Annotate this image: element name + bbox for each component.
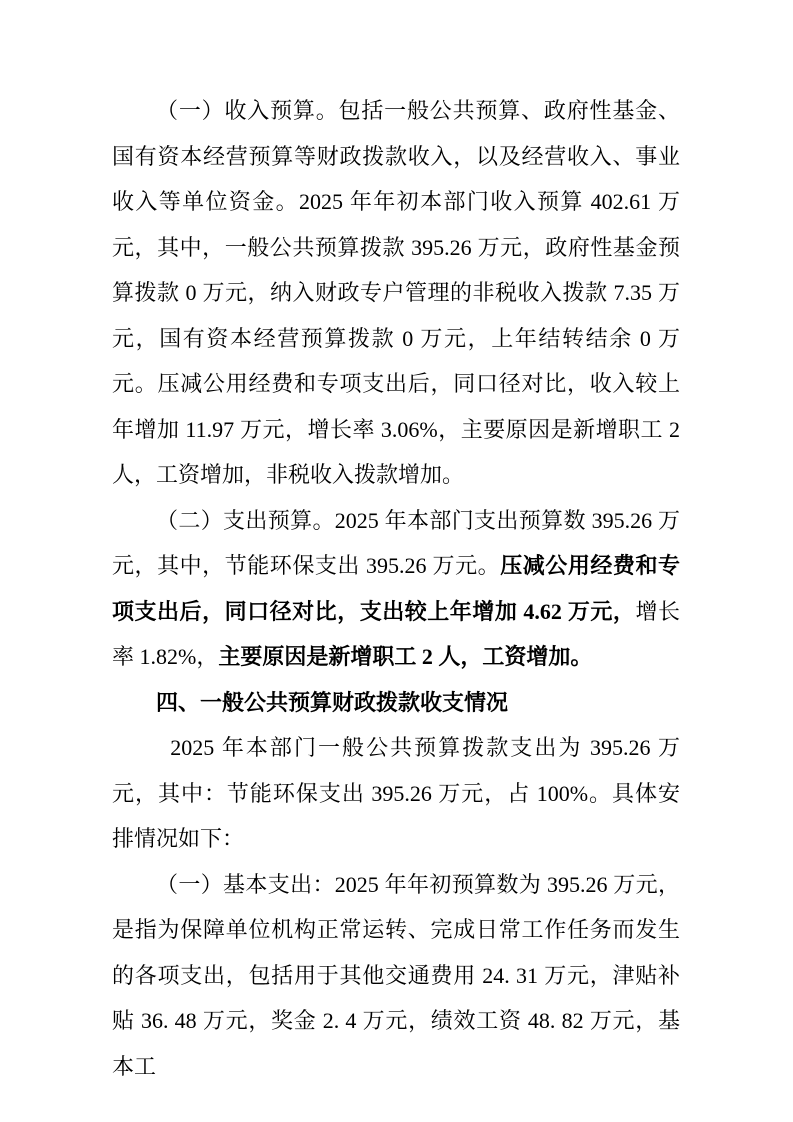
text-run: 2025 年本部门一般公共预算拨款支出为 395.26 万元，其中：节能环保支出…	[112, 735, 680, 851]
section-heading-general-public-budget: 四、一般公共预算财政拨款收支情况	[112, 680, 680, 726]
text-run: （一）收入预算。包括一般公共预算、政府性基金、国有资本经营预算等财政拨款收入，以…	[112, 98, 680, 487]
paragraph-basic-expenditure: （一）基本支出：2025 年年初预算数为 395.26 万元，是指为保障单位机构…	[112, 862, 680, 1090]
text-run: （一）基本支出：2025 年年初预算数为 395.26 万元，是指为保障单位机构…	[112, 872, 680, 1079]
paragraph-budget-allocation-overview: 2025 年本部门一般公共预算拨款支出为 395.26 万元，其中：节能环保支出…	[112, 725, 680, 862]
bold-text-run: 主要原因是新增职工 2 人，工资增加。	[218, 644, 592, 669]
paragraph-income-budget: （一）收入预算。包括一般公共预算、政府性基金、国有资本经营预算等财政拨款收入，以…	[112, 88, 680, 498]
heading-text-run: 四、一般公共预算财政拨款收支情况	[156, 690, 508, 715]
document-page: （一）收入预算。包括一般公共预算、政府性基金、国有资本经营预算等财政拨款收入，以…	[0, 0, 793, 1122]
paragraph-expenditure-budget: （二）支出预算。2025 年本部门支出预算数 395.26 万元，其中，节能环保…	[112, 498, 680, 680]
